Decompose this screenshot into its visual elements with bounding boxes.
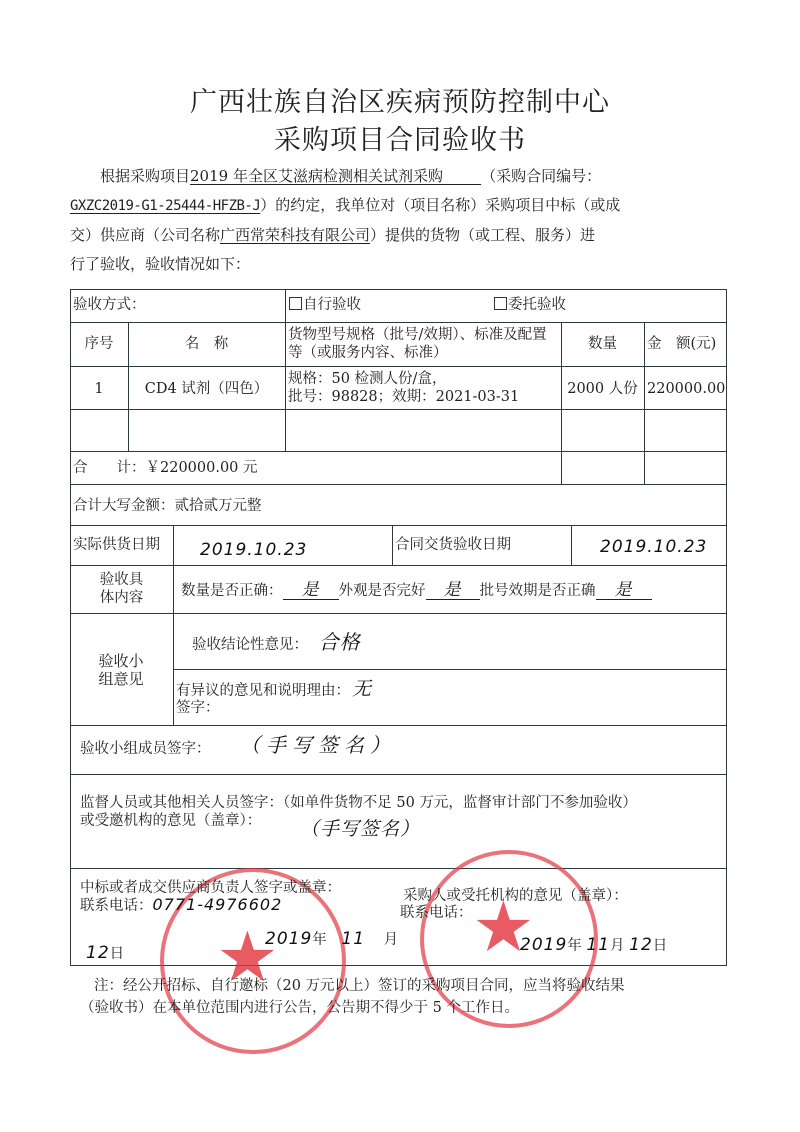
total-upper-value: 贰拾贰万元整 bbox=[175, 498, 262, 514]
item-name: CD4 试剂（四色） bbox=[128, 380, 285, 398]
actual-supply-date-label: 实际供货日期 bbox=[73, 536, 160, 554]
option-entrusted-acceptance[interactable]: 委托验收 bbox=[494, 296, 566, 314]
supplier-date-day-row: 12日 bbox=[86, 944, 124, 963]
total-label: 合 计： bbox=[73, 460, 146, 476]
supplier-date-year: 2019 bbox=[265, 929, 312, 949]
contract-number: GXZC2019-G1-25444-HFZB-J bbox=[70, 198, 260, 214]
check-qty-answer: 是 bbox=[283, 581, 339, 600]
document-title: 采购项目合同验收书 bbox=[0, 118, 800, 157]
year-unit: 年 bbox=[567, 938, 582, 954]
intro-text: 交）供应商（公司名称 bbox=[70, 226, 220, 244]
item-amount: 220000.00 bbox=[647, 380, 725, 398]
purchaser-date-month: 11 bbox=[586, 935, 610, 955]
footnote-line-1: 注：经公开招标、自行邀标（20 万元以上）签订的采购项目合同，应当将验收结果 bbox=[70, 975, 730, 997]
supplier-date-month: 11 bbox=[341, 929, 365, 949]
supplier-date-row: 2019年 11 月 bbox=[265, 930, 398, 949]
intro-text: （采购合同编号： bbox=[481, 167, 601, 185]
supplier-name: 广西常荣科技有限公司 bbox=[220, 226, 370, 244]
total-row: 合 计：￥220000.00 元 bbox=[73, 459, 258, 477]
intro-text: 根据采购项目 bbox=[100, 167, 190, 185]
option-self-acceptance[interactable]: 自行验收 bbox=[289, 296, 361, 314]
intro-text: ）提供的货物（或工程、服务）进 bbox=[370, 226, 595, 244]
conclusion-value: 合格 bbox=[319, 630, 361, 654]
month-unit: 月 bbox=[384, 932, 399, 948]
check-qty-label: 数量是否正确： bbox=[181, 583, 283, 599]
footnote: 注：经公开招标、自行邀标（20 万元以上）签订的采购项目合同，应当将验收结果 （… bbox=[70, 975, 730, 1019]
column-header-amount: 金 额(元) bbox=[647, 335, 727, 353]
item-qty: 2000 人份 bbox=[561, 380, 644, 398]
contract-accept-date: 2019.10.23 bbox=[600, 538, 707, 556]
footnote-line-2: （验收书）在本单位范围内进行公告，公告期不得少于 5 个工作日。 bbox=[70, 997, 730, 1019]
purchaser-date-year: 2019 bbox=[520, 935, 567, 955]
item-spec-line1: 规格：50 检测人份/盒， bbox=[288, 370, 446, 388]
total-upper-label: 合计大写金额： bbox=[73, 498, 175, 514]
members-sign-label: 验收小组成员签字： bbox=[80, 740, 211, 758]
checkbox-self-acceptance[interactable] bbox=[289, 297, 302, 310]
group-opinion-label: 验收小组意见 bbox=[80, 652, 162, 688]
day-unit: 日 bbox=[653, 938, 668, 954]
purchaser-label: 采购人或受托机构的意见（盖章）： bbox=[403, 887, 628, 905]
year-unit: 年 bbox=[312, 932, 327, 948]
details-checks: 数量是否正确：是外观是否完好是批号效期是否正确是 bbox=[181, 581, 652, 600]
purchaser-date-row: 2019年 11月 12日 bbox=[520, 936, 667, 955]
conclusion-row: 验收结论性意见： 合格 bbox=[192, 633, 361, 654]
actual-supply-date: 2019.10.23 bbox=[200, 541, 307, 559]
contract-accept-date-label: 合同交货验收日期 bbox=[395, 536, 511, 554]
checkbox-entrusted-acceptance[interactable] bbox=[494, 297, 507, 310]
objection-value: 无 bbox=[352, 680, 372, 698]
purchaser-phone-label: 联系电话： bbox=[400, 904, 473, 922]
supplier-phone-label: 联系电话： bbox=[80, 898, 153, 914]
acceptance-method-label: 验收方式： bbox=[73, 296, 146, 314]
intro-paragraph: 根据采购项目2019 年全区艾滋病检测相关试剂采购 （采购合同编号： GXZC2… bbox=[70, 162, 730, 279]
supervisor-label: 监督人员或其他相关人员签字：（如单件货物不足 50 万元，监督审计部门不参加验收… bbox=[80, 794, 637, 812]
purchaser-date-day: 12 bbox=[629, 935, 653, 955]
check-appearance-answer: 是 bbox=[426, 581, 480, 600]
organization-title: 广西壮族自治区疾病预防控制中心 bbox=[0, 80, 800, 119]
supplier-phone: 0771-4976602 bbox=[153, 895, 283, 914]
intro-text: ）的约定，我单位对（项目名称）采购项目中标（或成 bbox=[260, 196, 620, 214]
check-appearance-label: 外观是否完好 bbox=[339, 583, 426, 599]
option-label: 委托验收 bbox=[508, 297, 566, 313]
conclusion-label: 验收结论性意见： bbox=[192, 637, 308, 653]
members-signatures: （手写签名） bbox=[240, 736, 396, 754]
total-value: ￥220000.00 元 bbox=[146, 460, 258, 476]
option-label: 自行验收 bbox=[303, 297, 361, 313]
objection-sign-label: 签字： bbox=[176, 699, 220, 717]
column-header-spec: 货物型号规格（批号/效期）、标准及配置等（或服务内容、标准） bbox=[288, 326, 560, 362]
column-header-seq: 序号 bbox=[70, 335, 128, 353]
total-upper-row: 合计大写金额：贰拾贰万元整 bbox=[73, 497, 262, 515]
day-unit: 日 bbox=[110, 946, 125, 962]
check-batch-answer: 是 bbox=[596, 581, 652, 600]
supervisor-signature: （手写签名） bbox=[300, 820, 420, 838]
column-header-name: 名 称 bbox=[128, 335, 285, 353]
check-batch-label: 批号效期是否正确 bbox=[480, 583, 596, 599]
item-seq: 1 bbox=[70, 380, 128, 398]
supervisor-label-2: 或受邀机构的意见（盖章）： bbox=[80, 812, 261, 830]
project-name: 2019 年全区艾滋病检测相关试剂采购 bbox=[190, 167, 443, 185]
objection-label: 有异议的意见和说明理由： bbox=[176, 682, 350, 700]
supplier-date-day: 12 bbox=[86, 943, 110, 963]
item-spec-line2: 批号：98828；效期：2021-03-31 bbox=[288, 388, 519, 406]
column-header-qty: 数量 bbox=[561, 335, 644, 353]
details-label: 验收具体内容 bbox=[70, 571, 173, 607]
month-unit: 月 bbox=[610, 938, 625, 954]
supplier-phone-row: 联系电话：0771-4976602 bbox=[80, 896, 282, 915]
intro-text: 行了验收，验收情况如下： bbox=[70, 255, 250, 273]
